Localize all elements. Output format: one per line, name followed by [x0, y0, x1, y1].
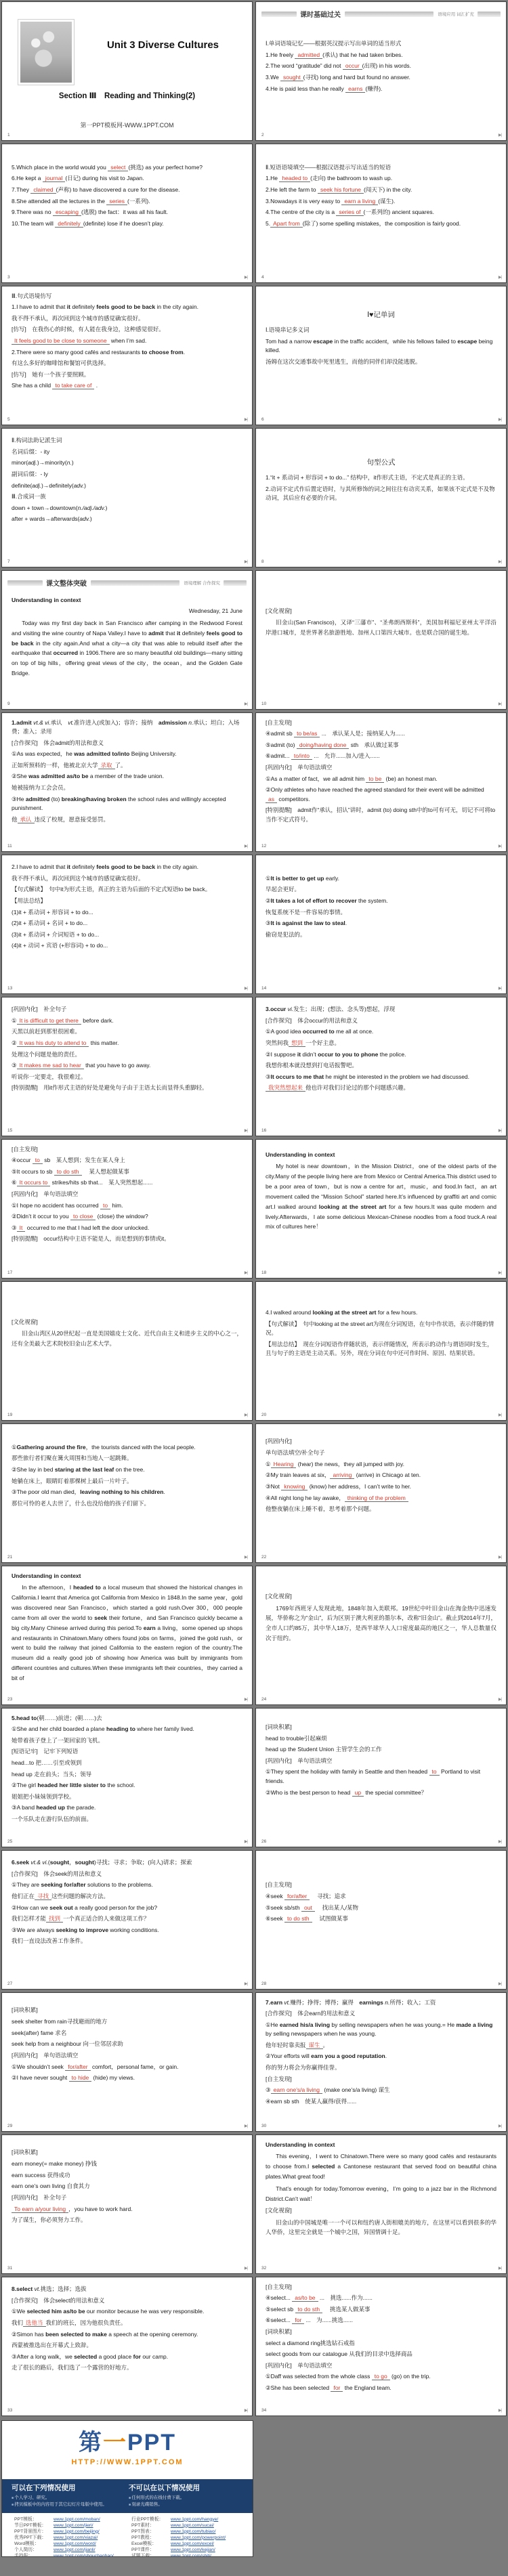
slide-line: 7.earn vt.赚得；挣得；博得；赢得 earnings n.所得；收入；工…	[266, 1998, 496, 2007]
answer-text: to close	[70, 1213, 96, 1220]
slide-line: head...to 把……引至或领到	[12, 1759, 242, 1767]
slide-line: down + town→downtown(n./adj./adv.)	[12, 504, 242, 513]
slide-line: 旧金山湾区从20世纪起一直是美国嬉皮士文化、近代自由主义和进步主义的中心之一，还…	[12, 1329, 242, 1349]
section-band: 课文整体突破语境理解 合作探究	[7, 578, 247, 588]
next-slide-icon: ▶|	[245, 1697, 247, 1702]
slide-line: select goods from our catalogue 从我们的目录中选…	[266, 2350, 496, 2359]
site-link-label: 个人简历：	[14, 2547, 54, 2553]
slide-content: Understanding in contextMy hotel is near…	[256, 1140, 506, 1248]
slide-content: [文化视窗]1769年西班牙人发现此地，1848年加入美联邦。19世纪中叶旧金山…	[256, 1566, 506, 1675]
next-slide-icon: ▶|	[245, 1128, 247, 1133]
slide-content: 5.head to(朝……)前进；(朝……)去①She and her chil…	[2, 1709, 252, 1834]
slide-line: ②The girl headed her little sister to th…	[12, 1781, 242, 1790]
slide-line: 我不得不承认，再次回到这个城市的感觉确实很好。	[12, 314, 242, 323]
site-link[interactable]: www.1ppt.com/moban/	[54, 2517, 100, 2522]
page-number: 15	[7, 1128, 12, 1133]
slide-line: Ⅰ.单词语境记忆——根据英汉提示写出单词的适当形式	[266, 39, 496, 48]
site-link-label: 手抄报：	[14, 2553, 54, 2557]
slide-line: Ⅱ.构词法助记派生词	[12, 436, 242, 445]
site-link[interactable]: www.1ppt.com/excel/	[171, 2541, 214, 2546]
page-number: 32	[261, 2266, 266, 2271]
slide-line: 为了谋生，你必须努力工作。	[12, 2216, 242, 2225]
answer-text: It	[17, 1224, 26, 1232]
slide-34: [自主发现]④select... as/to be ... 挑选......作为…	[255, 2277, 507, 2416]
slide-line: 1.I have to admit that it definitely fee…	[12, 303, 242, 312]
band-bar-icon	[7, 580, 43, 586]
slide-line: Today was my first day back in San Franc…	[12, 618, 242, 679]
slide-line: 1769年西班牙人发现此地，1848年加入美联邦。19世纪中叶旧金山在淘金热中迅…	[266, 1604, 496, 1644]
slide-line: 他承认违反了校规，愿意接受惩罚。	[12, 815, 242, 824]
answer-text: doing/having done	[297, 742, 349, 749]
answer-text: to do sth	[54, 1168, 82, 1176]
slide-line: 【句式解读】 句中looking at the street art为现在分词短…	[266, 1320, 496, 1338]
slide-line: 我不得不承认，再次回到这个城市的感觉确实很好。	[12, 874, 242, 883]
next-slide-icon: ▶|	[499, 1555, 501, 1560]
slide-line: 恢复系统不是一件容易的事情。	[266, 908, 496, 917]
next-slide-icon: ▶|	[499, 133, 501, 137]
site-link-row: PPT图表：www.1ppt.com/tubiao/	[131, 2529, 249, 2535]
page-number: 33	[7, 2408, 12, 2413]
slide-line: ④seek for/after 寻找；追求	[266, 1892, 496, 1901]
answer-text: Apart from	[270, 220, 303, 228]
slides-grid: Unit 3 Diverse CulturesSection Ⅲ Reading…	[0, 0, 508, 2418]
slide-line: [巩固内化]	[266, 1437, 496, 1446]
slide-28: [自主发现]④seek for/after 寻找；追求⑤seek sb/sth …	[255, 1850, 507, 1990]
slide-line: [巩固内化] 单句语法填空	[12, 2051, 242, 2060]
slide-line: 1.He headed to(走向) the bathroom to wash …	[266, 174, 496, 183]
slide-line: ③It makes me sad to hear that you have t…	[12, 1061, 242, 1070]
slide-line: 我们选他当我们的班长，因为他很负责任。	[12, 2319, 242, 2327]
page-number: 20	[261, 1413, 266, 1417]
page-number: 11	[7, 844, 12, 849]
site-link[interactable]: www.1ppt.com/shiti/	[171, 2554, 211, 2557]
slide-content: Ⅱ.构词法助记派生词名词后缀：- ityminor(adj.)→minority…	[2, 429, 252, 537]
answer-text: for	[331, 2384, 343, 2392]
answer-text: earns	[345, 85, 365, 93]
site-link-row: PPT素材：www.1ppt.com/sucai/	[131, 2523, 249, 2529]
page-number: 25	[7, 1839, 12, 1844]
answer-text: earn one’s/a living	[271, 2086, 322, 2094]
slide-line: Ⅱ.短语语境填空——根据汉语提示写出适当的短语	[266, 163, 496, 172]
slide-content: 5.Which place in the world would you sel…	[2, 144, 252, 253]
slide-line: 有这么多好的咖啡馆和餐馆可供选择。	[12, 359, 242, 368]
slide-line: ⑤It occurs to sb to do sth 某人想起做某事	[12, 1167, 242, 1176]
slide-line: ④earn sb sth 使某人赢得/获得......	[266, 2097, 496, 2106]
page-number: 22	[261, 1555, 266, 1560]
slide-line: [自主发现]	[266, 2283, 496, 2292]
cover-image	[18, 19, 75, 85]
slide-line: ③The poor old man died，leaving nothing t…	[12, 1488, 242, 1497]
answer-text: 寻找	[35, 1893, 51, 1900]
slide-line: ③A band headed up the parade.	[12, 1803, 242, 1812]
slide-line: 我们一直设法改善工作条件。	[12, 1937, 242, 1946]
answer-text: 录取	[98, 762, 115, 769]
page-number: 6	[261, 417, 264, 422]
slide-4: Ⅱ.短语语境填空——根据汉语提示写出适当的短语1.He headed to(走向…	[255, 144, 507, 283]
answer-text: 承认	[18, 816, 35, 823]
slide-line: [文化视窗]	[12, 1318, 242, 1327]
slide-line: earn success 获得成功	[12, 2171, 242, 2180]
slide-line: ①I hope no accident has occurred to him.	[12, 1201, 242, 1210]
slide-line: She has a child to take care of .	[12, 381, 242, 390]
slide-24: [文化视窗]1769年西班牙人发现此地，1848年加入美联邦。19世纪中叶旧金山…	[255, 1566, 507, 1705]
usage-rule-item: 刻录光碟销售。	[129, 2502, 246, 2508]
slide-23: Understanding in contextIn the afternoon…	[1, 1566, 253, 1705]
answer-text: knowing	[281, 1483, 308, 1490]
slide-9: 课文整体突破语境理解 合作探究Understanding in contextW…	[1, 570, 253, 710]
slide-line: 2.I have to admit that it definitely fee…	[12, 863, 242, 872]
next-slide-icon: ▶|	[499, 986, 501, 991]
slide-line: ②Only athletes who have reached the agre…	[266, 786, 496, 804]
next-slide-icon: ▶|	[499, 1270, 501, 1275]
slide-line: ①Daff was selected from the whole class …	[266, 2372, 496, 2381]
slide-line: 一个乐队走在游行队伍的前面。	[12, 1815, 242, 1824]
section-band-title: 课文整体突破	[46, 578, 87, 588]
band-bar-icon	[91, 580, 179, 586]
slide-line: 1.admit vt.& vi.承认 vt.准许进入(或加入)；容许；接纳 ad…	[12, 718, 242, 737]
page-number: 17	[7, 1270, 12, 1275]
slide-line: ①They are seeking for/after solutions to…	[12, 1881, 242, 1889]
answer-text: thinking of the problem	[345, 1495, 408, 1502]
next-slide-icon: ▶|	[245, 2266, 247, 2271]
site-link-label: PPT图表：	[131, 2529, 171, 2535]
slide-line: head up the Student Union 主管学生会的工作	[266, 1745, 496, 1754]
slide-5: Ⅲ.句式语境仿写1.I have to admit that it defini…	[1, 286, 253, 425]
slide-line: 西蒙被推选出在开幕式上致辞。	[12, 2341, 242, 2350]
slide-line: Understanding in context	[266, 2141, 496, 2149]
page-number: 26	[261, 1839, 266, 1844]
slide-19: [文化视窗]旧金山湾区从20世纪起一直是美国嬉皮士文化、近代自由主义和进步主义的…	[1, 1281, 253, 1421]
band-bar-icon	[261, 12, 297, 17]
next-slide-icon: ▶|	[245, 844, 247, 849]
slide-line: It feels good to be close to someone whe…	[12, 337, 242, 345]
next-slide-icon: ▶|	[499, 1697, 501, 1702]
slide-content: [词块积累]earn money(= make money) 挣钱earn su…	[2, 2135, 252, 2244]
slide-line: [文化视窗]	[266, 607, 496, 616]
next-slide-icon: ▶|	[499, 559, 501, 564]
next-slide-icon: ▶|	[499, 1413, 501, 1417]
page-number: 10	[261, 702, 266, 706]
site-link-label: 优秀PPT下载：	[14, 2535, 54, 2541]
slide-content: [词块积累]seek shelter from rain寻找避雨的地方seek(…	[2, 1993, 252, 2101]
slide-14: ①It is better to get up early.早起会更好。②It …	[255, 855, 507, 994]
answer-text: to do sth	[295, 2306, 323, 2313]
answer-text: series	[106, 198, 127, 205]
slide-line: [词块积累]	[12, 2148, 242, 2157]
slide-line: 2.The word “gratitude” did not occur(出现)…	[266, 62, 496, 70]
answer-text: to	[100, 1202, 110, 1209]
slide-line: [合作探究] 体会select的用法和意义	[12, 2296, 242, 2305]
slide-line: ⑥admit... to/into ... 允许......加入/进入.....…	[266, 752, 496, 760]
site-link[interactable]: www.1ppt.com/sucai/	[171, 2523, 214, 2528]
slide-line: ①As was expected，he was admitted to/into…	[12, 750, 242, 758]
slide-content: Understanding in contextIn the afternoon…	[2, 1566, 252, 1694]
slide-line: ④admit sb to be/as ... 承认某人是；接纳某人为......	[266, 729, 496, 738]
slide-line: 6.seek vt.& vi.(sought，sought)寻找；寻求；争取；(…	[12, 1858, 242, 1867]
next-slide-icon: ▶|	[245, 1839, 247, 1844]
slide-line: ①Hearing (hear) the news，they all jumped…	[266, 1460, 496, 1469]
slide-line: [巩固内化] 单句语法填空	[266, 1757, 496, 1765]
site-link-row: PPT教程：www.1ppt.com/powerpoint/	[131, 2535, 249, 2541]
site-link-label: Excel模板：	[131, 2541, 171, 2547]
slide-line: 我突然想起来他也许对我们讨论过的那个问题感兴趣。	[266, 1083, 496, 1092]
site-link-label: 节日PPT模板：	[14, 2523, 54, 2529]
slide-line: 【用法总结】	[12, 897, 242, 905]
site-link[interactable]: www.1ppt.com/jieri/	[54, 2523, 93, 2528]
slide-content: 7.earn vt.赚得；挣得；博得；赢得 earnings n.所得；收入；工…	[256, 1993, 506, 2117]
slide-29: [词块积累]seek shelter from rain寻找避雨的地方seek(…	[1, 1992, 253, 2132]
slide-line: ③It is against the law to steal.	[266, 919, 496, 928]
next-slide-icon: ▶|	[245, 986, 247, 991]
band-bar-icon	[478, 12, 501, 17]
next-slide-icon: ▶|	[499, 275, 501, 280]
slide-line: 天黑以前赶到那里很困难。	[12, 1027, 242, 1036]
slide-line: [自主发现]	[266, 1881, 496, 1889]
answer-text: seek his fortune	[318, 186, 364, 194]
site-link[interactable]: www.1ppt.com/tubiao/	[171, 2529, 216, 2534]
brand-area: 第一PPT HTTP://WWW.1PPT.COM	[2, 2421, 253, 2479]
slide-line: 2.动词不定式作后置定语时，与其所修饰的词之间往往有动宾关系，如果该不定式是不及…	[266, 485, 496, 503]
slide-content: [文化视窗]旧金山湾区从20世纪起一直是美国嬉皮士文化、近代自由主义和进步主义的…	[2, 1282, 252, 1390]
allowed-title: 可以在下列情况使用	[12, 2483, 129, 2493]
slide-line: ③Not knowing (know) her address，I can’t …	[266, 1482, 496, 1491]
slide-content: 8.select vt.挑选；选择；选拔[合作探究] 体会select的用法和意…	[2, 2277, 252, 2386]
slide-7: Ⅱ.构词法助记派生词名词后缀：- ityminor(adj.)→minority…	[1, 428, 253, 567]
slide-line: ⑤admit (to) doing/having done sth 承认做过某事	[266, 741, 496, 750]
page-number: 5	[7, 417, 10, 422]
slide-line: [短语记牢] 记牢下列短语	[12, 1747, 242, 1756]
slide-27: 6.seek vt.& vi.(sought，sought)寻找；寻求；争取；(…	[1, 1850, 253, 1990]
slide-line: ②She lay in bed staring at the last leaf…	[12, 1465, 242, 1474]
slide-line: ⑤seek sb/sth out 找出某人/某物	[266, 1904, 496, 1912]
site-link[interactable]: www.1ppt.com/word/	[54, 2541, 96, 2546]
slide-line: (4)it + 动词 + 宾语 (+形容词) + to do...	[12, 941, 242, 950]
slide-line: ②Your efforts will earn you a good reput…	[266, 2052, 496, 2061]
slide-content: Ⅰ♥记单词Ⅰ.语境串记多义词Tom had a narrow escape in…	[256, 286, 506, 395]
next-slide-icon: ▶|	[499, 1981, 501, 1986]
slide-line: 5.Apart from(除了) some spelling mistakes，…	[266, 219, 496, 228]
slide-line: 那位可怜的老人去世了，什么也没给他的孩子们留下。	[12, 1499, 242, 1508]
slide-line: ③It occurs to me that he might be intere…	[266, 1073, 496, 1081]
site-link-row: Word模板：www.1ppt.com/word/	[14, 2541, 131, 2547]
slide-line: (2)it + 系动词 + 名词 + to do...	[12, 919, 242, 928]
next-slide-icon: ▶|	[245, 1413, 247, 1417]
presentation-subtitle: Section Ⅲ Reading and Thinking(2)	[2, 90, 252, 101]
answer-text: to hide	[69, 2074, 92, 2082]
slide-line: 旧金山的中国城是唯一一个可以和纽约唐人街相媲美的地方，在这里可以看到很多的华人华…	[266, 2218, 496, 2238]
slide-31: [词块积累]earn money(= make money) 挣钱earn su…	[1, 2134, 253, 2274]
slide-line: ②Who is the best person to head up the s…	[266, 1788, 496, 1797]
slide-18: Understanding in contextMy hotel is near…	[255, 1139, 507, 1279]
footer-brand-card: 第一PPT HTTP://WWW.1PPT.COM 可以在下列情况使用 个人学习…	[1, 2420, 253, 2557]
slide-line: ①It is better to get up early.	[266, 874, 496, 883]
slide-content: [自主发现]④admit sb to be/as ... 承认某人是；接纳某人为…	[256, 713, 506, 835]
slide-line: ②My train leaves at six，arriving (arrive…	[266, 1471, 496, 1480]
denied-title: 不可以在以下情况使用	[129, 2483, 246, 2493]
slide-line: [合作探究] 体会admit的用法和意义	[12, 739, 242, 748]
slide-6: Ⅰ♥记单词Ⅰ.语境串记多义词Tom had a narrow escape in…	[255, 286, 507, 425]
site-link[interactable]: www.1ppt.com/xiazai/	[54, 2535, 98, 2540]
slide-line: seek(after) fame 求名	[12, 2029, 242, 2038]
slide-line: ①Gathering around the fire，the tourists …	[12, 1443, 242, 1452]
slide-line: 我想你根本就没想到打电话报警吧。	[266, 1061, 496, 1070]
slide-line: 姐姐把小妹妹领到学校。	[12, 1793, 242, 1801]
slide-line: 4.The centre of the city is a series of(…	[266, 208, 496, 217]
next-slide-icon: ▶|	[245, 2408, 247, 2413]
slide-line: ②It takes a lot of effort to recover the…	[266, 897, 496, 905]
page-number: 30	[261, 2124, 266, 2128]
answer-text: to be/as	[294, 730, 320, 737]
site-link[interactable]: www.1ppt.com/shouchaobao/	[54, 2554, 114, 2557]
site-link-label: PPT模板：	[14, 2516, 54, 2523]
usage-rule-item: 任何形式的在线付费下载。	[129, 2495, 246, 2502]
site-link[interactable]: www.1ppt.com/kejian/	[171, 2548, 215, 2552]
answer-text: 找到	[46, 1915, 63, 1923]
slide-content: [自主发现]④occur to sb 某人想到；发生在某人身上⑤It occur…	[2, 1140, 252, 1254]
site-link-label: PPT素材：	[131, 2523, 171, 2529]
next-slide-icon: ▶|	[245, 1981, 247, 1986]
slide-line: (1)it + 系动词 + 形容词 + to do...	[12, 908, 242, 917]
slide-content: [巩固内化]单句语法填空/补全句子①Hearing (hear) the new…	[256, 1424, 506, 1532]
slide-line: [文化视窗]	[266, 1592, 496, 1601]
slide-line: ①We shouldn’t seek for/after comfort，per…	[12, 2063, 242, 2071]
slide-content: 1.admit vt.& vi.承认 vt.准许进入(或加入)；容许；接纳 ad…	[2, 713, 252, 835]
slide-line: 你的努力将会为你赢得佳誉。	[266, 2063, 496, 2072]
answer-text: to go	[372, 2373, 390, 2380]
site-url[interactable]: HTTP://WWW.1PPT.COM	[2, 2458, 253, 2466]
answer-text: as	[266, 796, 277, 803]
next-slide-icon: ▶|	[245, 1555, 247, 1560]
page-number: 12	[261, 844, 266, 849]
slide-line: [仿写] 她有一个孩子要照顾。	[12, 370, 242, 379]
answer-text: to/into	[291, 752, 312, 760]
slide-line: head to trouble引起麻烦	[266, 1734, 496, 1743]
answer-text: up	[352, 1789, 364, 1797]
slide-line: Understanding in context	[266, 1151, 496, 1159]
slide-26: [词块积累]head to trouble引起麻烦head up the Stu…	[255, 1708, 507, 1847]
answer-text: series of	[336, 209, 363, 216]
slide-line: ⑥It occurs to strikes/hits sb that... 某人…	[12, 1178, 242, 1187]
answer-text: It was his duty to attend to	[17, 1039, 89, 1047]
slide-content: ①It is better to get up early.早起会更好。②It …	[256, 855, 506, 964]
slide-line: ①We selected him as/to be our monitor be…	[12, 2307, 242, 2316]
slide-17: [自主发现]④occur to sb 某人想到；发生在某人身上⑤It occur…	[1, 1139, 253, 1279]
site-link[interactable]: www.1ppt.com/jianli/	[54, 2548, 96, 2552]
slide-line: 【用法总结】 现在分词短语作伴随状语，表示伴随情况，所表示的动作与谓语同时发生，…	[266, 1340, 496, 1358]
usage-rule-item: 拷贝模板中的内容用于其它幻灯片母版中使用。	[12, 2502, 129, 2508]
answer-text: to	[429, 1768, 440, 1776]
answer-text: Hearing	[271, 1461, 297, 1468]
answer-text: journal	[43, 175, 66, 182]
answer-text: 选他当	[23, 2319, 46, 2327]
slide-content: [文化视窗]旧金山(San Francisco)，又译“三藩市”、“圣弗朗西斯科…	[256, 571, 506, 679]
slide-line: [词块积累]	[266, 2327, 496, 2336]
slide-line: ②I suppose it didn’t occur to you to pho…	[266, 1050, 496, 1059]
slide-line: 2.He left the farm to seek his fortune(闯…	[266, 186, 496, 194]
slide-line: ②She has been selected for the England t…	[266, 2384, 496, 2392]
slide-line: [自主发现]	[12, 1145, 242, 1154]
answer-text: arriving	[330, 1472, 354, 1479]
slide-line: 副词后缀：- ly	[12, 470, 242, 479]
slide-line: 3.occur vi.发生；出现；(想法、念头等)想起，浮现	[266, 1005, 496, 1014]
slide-line: 处理这个问题是他的责任。	[12, 1050, 242, 1059]
page-number: 2	[261, 133, 264, 137]
slide-line: 【句式解读】 句中it为形式主语，真正的主语为后面的不定式短语to be bac…	[12, 885, 242, 894]
slide-content: 6.seek vt.& vi.(sought，sought)寻找；寻求；争取；(…	[2, 1851, 252, 1959]
slide-line: [词块积累]	[12, 2006, 242, 2015]
page-number: 27	[7, 1981, 12, 1986]
slide-line: Ⅰ.语境串记多义词	[266, 326, 496, 335]
answer-text: select	[108, 164, 128, 171]
slide-8: 句型公式1.“it + 系动词 + 形容词 + to do...” 结构中，it…	[255, 428, 507, 567]
slide-line: ①She and her child boarded a plane headi…	[12, 1725, 242, 1734]
next-slide-icon: ▶|	[499, 1839, 501, 1844]
slide-line: 他年轻时靠卖报谋生。	[266, 2041, 496, 2050]
slide-line: ③He admitted (to) breaking/having broken…	[12, 795, 242, 813]
slide-content: 4.I walked around looking at the street …	[256, 1282, 506, 1390]
slide-32: Understanding in contextThis evening，I w…	[255, 2134, 507, 2274]
page-number: 19	[7, 1413, 12, 1417]
next-slide-icon: ▶|	[499, 2124, 501, 2128]
slide-line: earn one’s own living 自食其力	[12, 2182, 242, 2191]
slide-line: 她带着孩子登上了一架回家的飞机。	[12, 1736, 242, 1745]
page-number: 4	[261, 275, 264, 280]
next-slide-icon: ▶|	[499, 2408, 501, 2413]
slide-line: earn money(= make money) 挣钱	[12, 2160, 242, 2168]
slide-line: 10.The team will definitely(definite) lo…	[12, 219, 242, 228]
slide-line: ①It is difficult to get there before dar…	[12, 1016, 242, 1025]
slide-line: select a diamond ring挑选钻石戒指	[266, 2339, 496, 2348]
slide-line: (3)it + 系动词 + 介词短语 + to do...	[12, 930, 242, 939]
slide-line: 5.head to(朝……)前进；(朝……)去	[12, 1714, 242, 1723]
slide-line: [合作探究] 体会earn的用法和意义	[266, 2009, 496, 2018]
slide-line: [特别提醒] 用it作形式主语的好处是避免句子由于主语太长而显得头重脚轻。	[12, 1083, 242, 1092]
slide-2: 课时基础过关语境应用 词汇扩充Ⅰ.单词语境记忆——根据英汉提示写出单词的适当形式…	[255, 1, 507, 141]
slide-line: ③It occurred to me that I had left the d…	[12, 1224, 242, 1232]
site-link-row: 优秀PPT下载：www.1ppt.com/xiazai/	[14, 2535, 131, 2541]
slide-line: Tom had a narrow escape in the traffic a…	[266, 337, 496, 356]
slide-line: That’s enough for today.Tomorrow evening…	[266, 2184, 496, 2204]
slide-content: [词块积累]head to trouble引起麻烦head up the Stu…	[256, 1709, 506, 1817]
site-link-row: 节日PPT模板：www.1ppt.com/jieri/	[14, 2523, 131, 2529]
site-link[interactable]: www.1ppt.com/beijing/	[54, 2529, 100, 2534]
slide-line: ①A good idea occurred to me all at once.	[266, 1027, 496, 1036]
slide-line: ②Simon has been selected to make a speec…	[12, 2330, 242, 2339]
usage-rules-band: 可以在下列情况使用 个人学习、研究。拷贝模板中的内容用于其它幻灯片母版中使用。 …	[2, 2479, 253, 2513]
slide-1: Unit 3 Diverse CulturesSection Ⅲ Reading…	[1, 1, 253, 141]
page-number: 8	[261, 559, 264, 564]
site-link-label: 试题下载：	[131, 2553, 171, 2557]
site-link-row: PPT背景图片：www.1ppt.com/beijing/	[14, 2529, 131, 2535]
answer-text: admitted	[295, 51, 322, 59]
slide-line: ⑥seek to do sth 试图做某事	[266, 1914, 496, 1923]
slide-line: [合作探究] 体会occur的用法和意义	[266, 1016, 496, 1025]
answer-text: escaping	[53, 209, 81, 216]
slide-line: [文化视窗]	[266, 2206, 496, 2215]
slide-line: [自主发现]	[266, 2075, 496, 2084]
page-number: 28	[261, 1981, 266, 1986]
slide-content: [自主发现]④seek for/after 寻找；追求⑤seek sb/sth …	[256, 1851, 506, 1959]
next-slide-icon: ▶|	[499, 844, 501, 849]
slide-line: after + wards→afterwards(adv.)	[12, 515, 242, 523]
site-link[interactable]: www.1ppt.com/powerpoint/	[171, 2535, 226, 2540]
slide-21: ①Gathering around the fire，the tourists …	[1, 1423, 253, 1563]
slide-line: [词块积累]	[266, 1723, 496, 1732]
slide-line: ②I have never sought to hide (hide) my v…	[12, 2074, 242, 2082]
site-link[interactable]: www.1ppt.com/hangye/	[171, 2517, 218, 2522]
slide-line: [自主发现]	[266, 718, 496, 727]
slide-line: 7.They claimed(声称) to have discovered a …	[12, 186, 242, 194]
